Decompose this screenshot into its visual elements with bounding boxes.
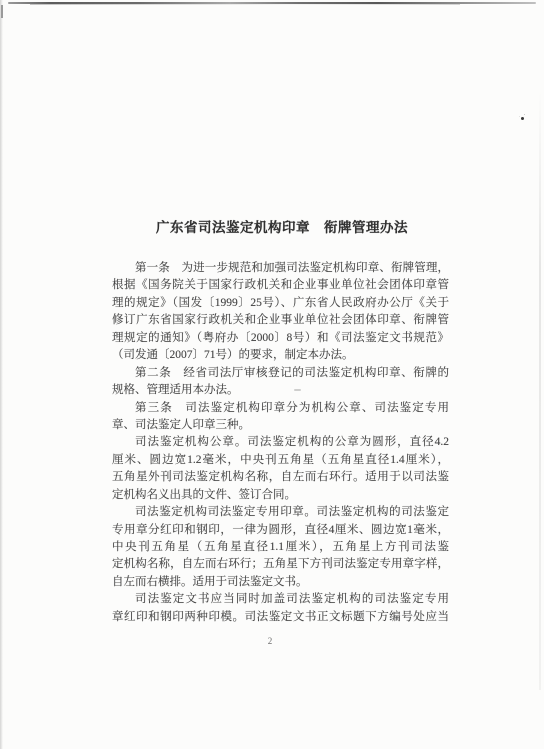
scan-edge-top-shadow (30, 4, 460, 5)
ink-speck (521, 117, 524, 120)
text-line: 中央刊五角星（五角星直径1.1厘米），五角星上方刊司法鉴 (112, 539, 449, 556)
text-line: 五角星外刊司法鉴定机构名称，自左而右环行。适用于以司法鉴 (112, 469, 449, 486)
text-line: 根据《国务院关于国家行政机关和企业事业单位社会团体印章管 (112, 277, 449, 294)
text-line: 理规定的通知》（粤府办〔2000〕8号）和《司法鉴定文书规范》 (112, 330, 449, 347)
text-line: 第三条 司法鉴定机构印章分为机构公章、司法鉴定专用 (112, 400, 449, 417)
text-line: 修订广东省国家行政机关和企业事业单位社会团体印章、衔牌管 (112, 312, 449, 329)
text-line: 定机构名义出具的文件、签订合同。 (112, 487, 449, 504)
text-line: 专用章分红印和钢印，一律为圆形，直径4厘米、圆边宽1毫米， (112, 522, 449, 539)
page-number: 2 (262, 636, 278, 646)
document-title: 广东省司法鉴定机构印章 衔牌管理办法 (112, 216, 452, 236)
text-line: 章红印和钢印两种印模。司法鉴定文书正文标题下方编号处应当 (112, 609, 449, 626)
document-body: 第一条 为进一步规范和加强司法鉴定机构印章、衔牌管理，根据《国务院关于国家行政机… (112, 260, 449, 626)
text-line: 司法鉴定机构司法鉴定专用印章。司法鉴定机构的司法鉴定 (112, 504, 449, 521)
text-line: 章、司法鉴定人印章三种。 (112, 417, 449, 434)
text-line: 司法鉴定文书应当同时加盖司法鉴定机构的司法鉴定专用 (112, 591, 449, 608)
text-line: 第一条 为进一步规范和加强司法鉴定机构印章、衔牌管理， (112, 260, 449, 277)
scan-edge-right (539, 90, 541, 690)
scan-edge-left-mark (1, 5, 3, 18)
text-line: 定机构名称，自左而右环行；五角星下方刊司法鉴定专用章字样， (112, 556, 449, 573)
text-line: 规格、管理适用本办法。 (112, 382, 449, 399)
text-line: 司法鉴定机构公章。司法鉴定机构的公章为圆形，直径4.2 (112, 434, 449, 451)
text-line: 厘米、圆边宽1.2毫米，中央刊五角星（五角星直径1.4厘米）， (112, 452, 449, 469)
text-line: 理的规定》（国发〔1999〕25号）、广东省人民政府办公厅《关于 (112, 295, 449, 312)
scanned-page: 广东省司法鉴定机构印章 衔牌管理办法 第一条 为进一步规范和加强司法鉴定机构印章… (0, 0, 544, 749)
scan-edge-left (0, 0, 3, 749)
text-line: （司发通〔2007〕71号）的要求，制定本办法。 (112, 347, 449, 364)
text-line: 第二条 经省司法厅审核登记的司法鉴定机构印章、衔牌的 (112, 365, 449, 382)
text-line: 自左而右横排。适用于司法鉴定文书。 (112, 574, 449, 591)
